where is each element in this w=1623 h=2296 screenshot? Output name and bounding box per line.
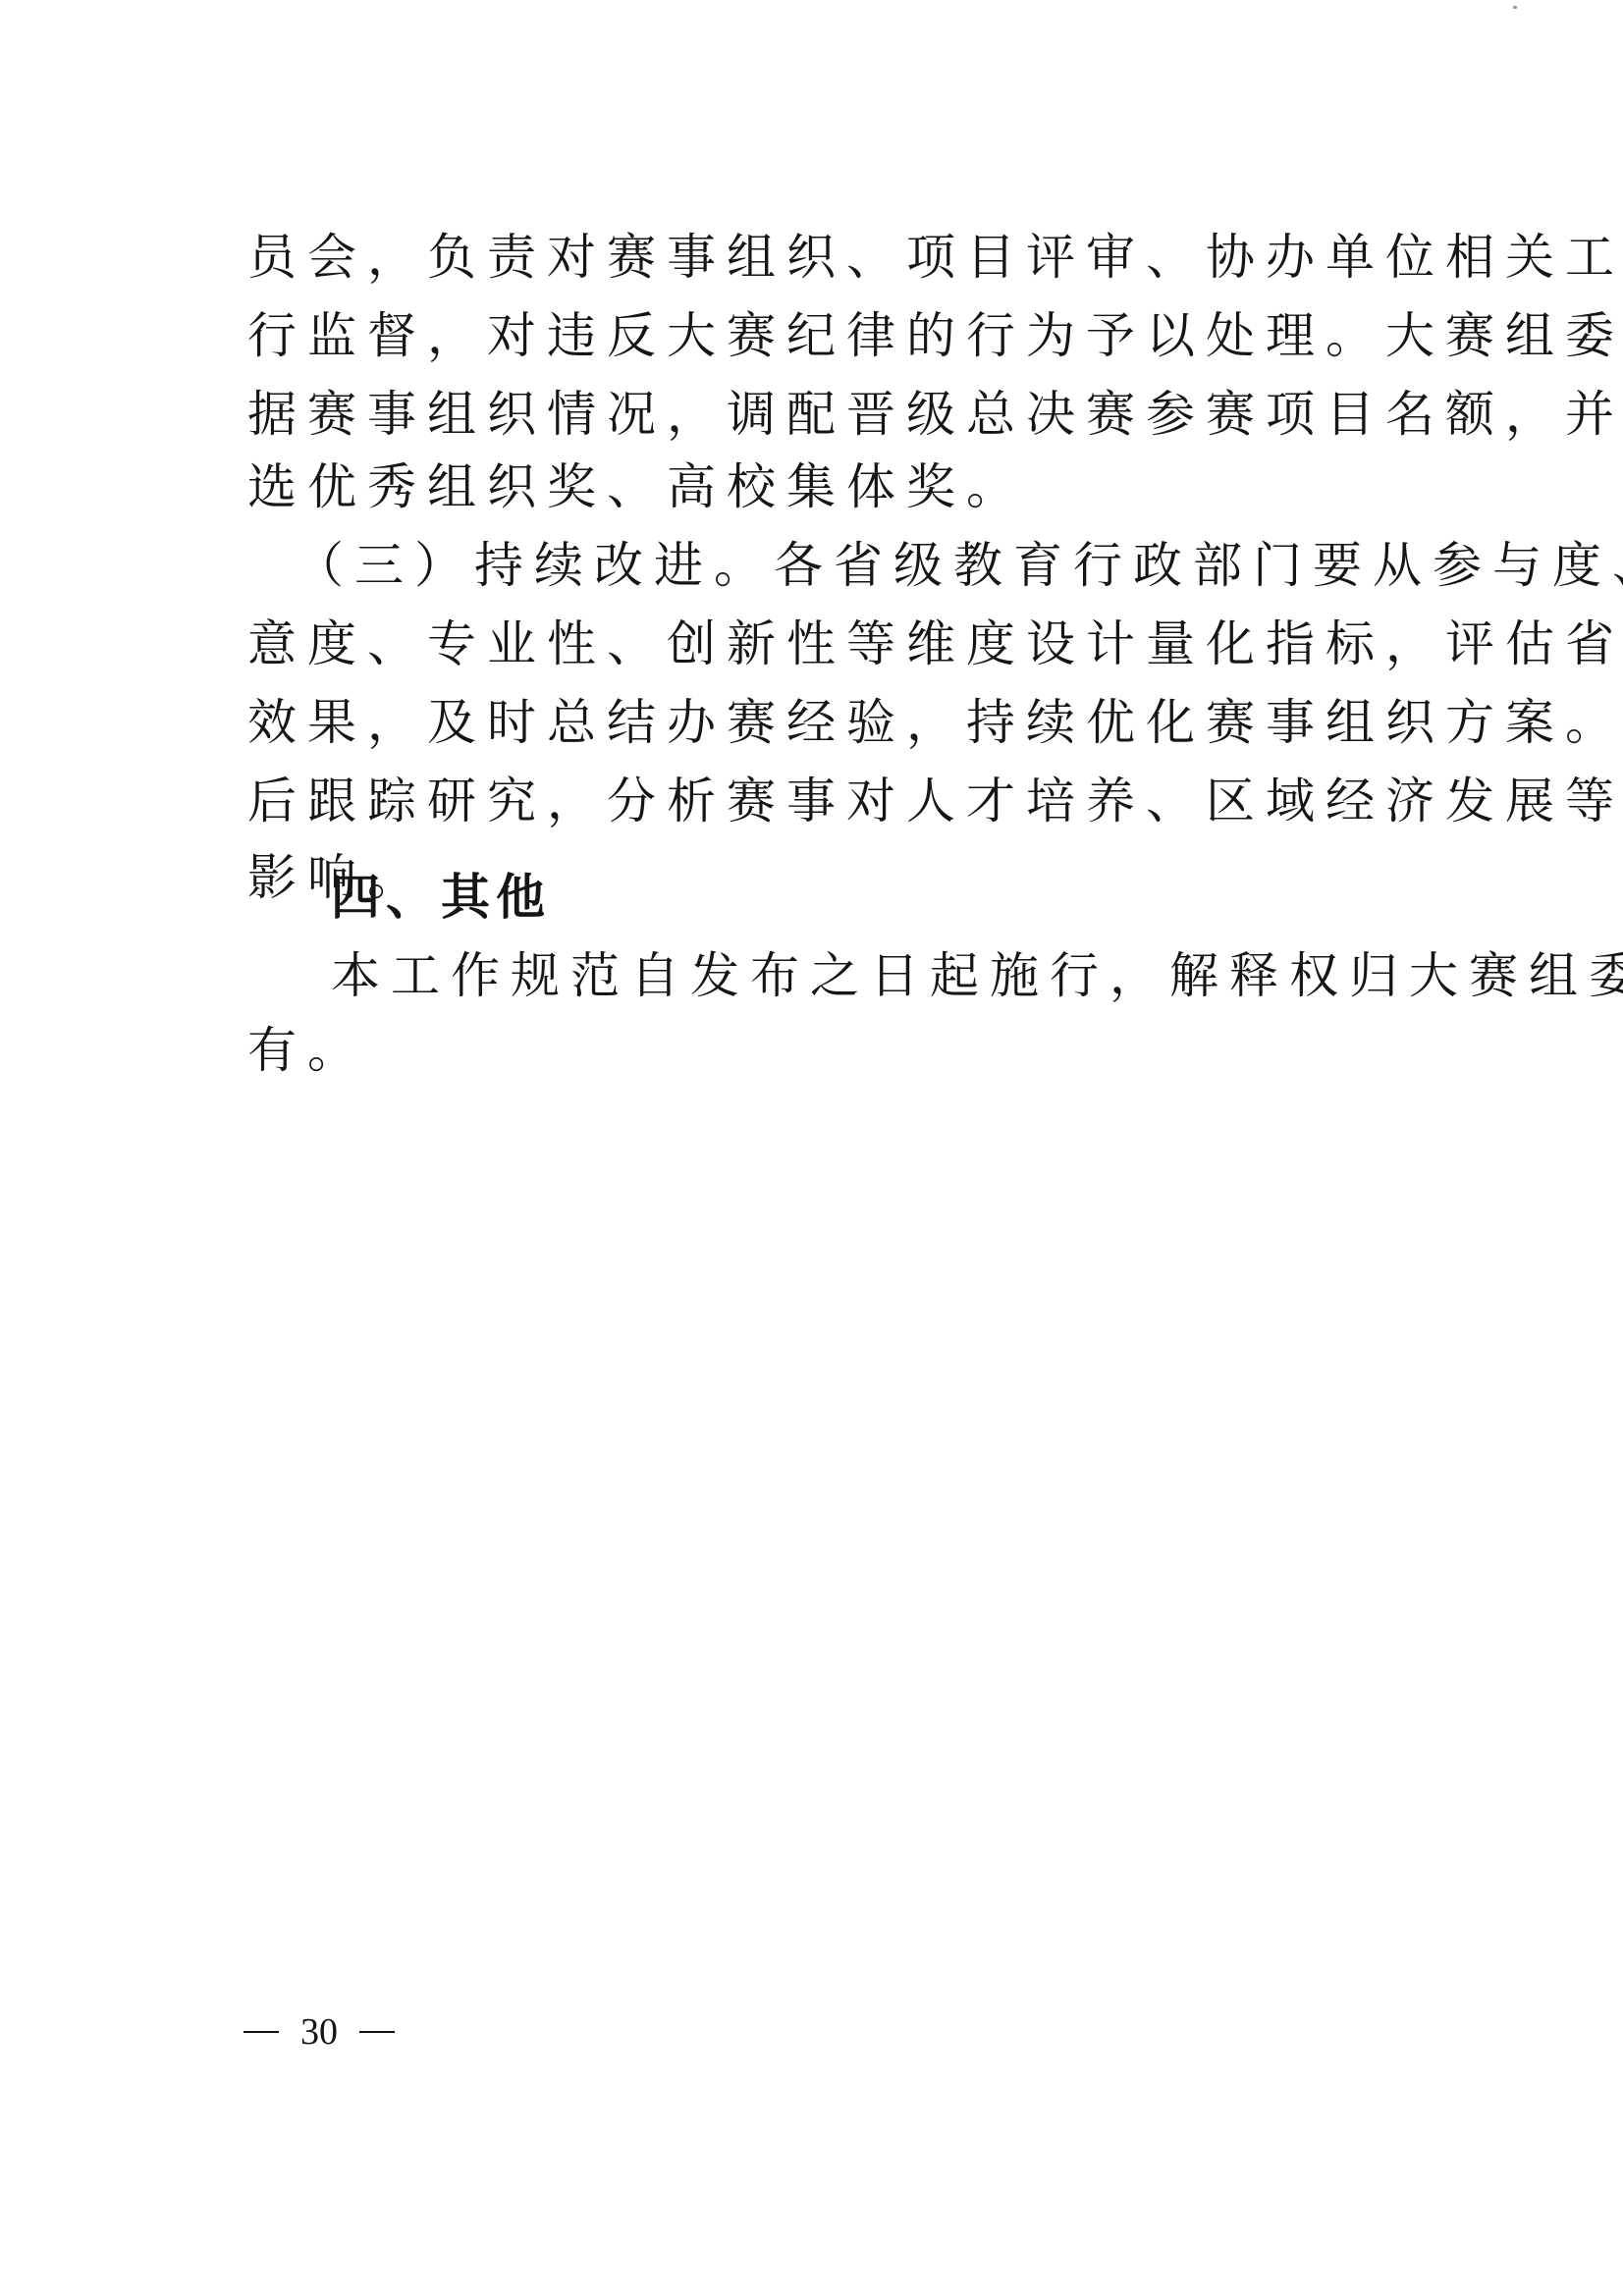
paragraph-line: 行监督，对违反大赛纪律的行为予以处理。大赛组委会将根 (247, 306, 1347, 365)
dash-left (243, 2031, 279, 2033)
paragraph-line: 选优秀组织奖、高校集体奖。 (247, 457, 1347, 516)
paragraph-line: 本工作规范自发布之日起施行，解释权归大赛组委会所 (331, 946, 1431, 1005)
paragraph-line: 员会，负责对赛事组织、项目评审、协办单位相关工作等进 (247, 228, 1347, 287)
paragraph-line: 后跟踪研究，分析赛事对人才培养、区域经济发展等的长期 (247, 772, 1347, 830)
paragraph-line: 效果，及时总结办赛经验，持续优化赛事组织方案。开展赛 (247, 693, 1347, 752)
paragraph-line: 据赛事组织情况，调配晋级总决赛参赛项目名额，并择优评 (247, 385, 1347, 444)
paragraph-line: 意度、专业性、创新性等维度设计量化指标，评估省级赛事 (247, 614, 1347, 673)
page-number: 30 (300, 2010, 338, 2054)
scan-artifact-dot (1513, 6, 1517, 9)
section-heading: 四、其他 (331, 868, 1431, 927)
paragraph-line: 有。 (247, 1021, 1347, 1080)
document-page: 员会，负责对赛事组织、项目评审、协办单位相关工作等进 行监督，对违反大赛纪律的行… (0, 0, 1623, 2296)
dash-right (359, 2031, 395, 2033)
subsection-title-line: （三）持续改进。各省级教育行政部门要从参与度、满 (295, 536, 1394, 595)
page-number-footer: 30 (243, 2010, 395, 2054)
